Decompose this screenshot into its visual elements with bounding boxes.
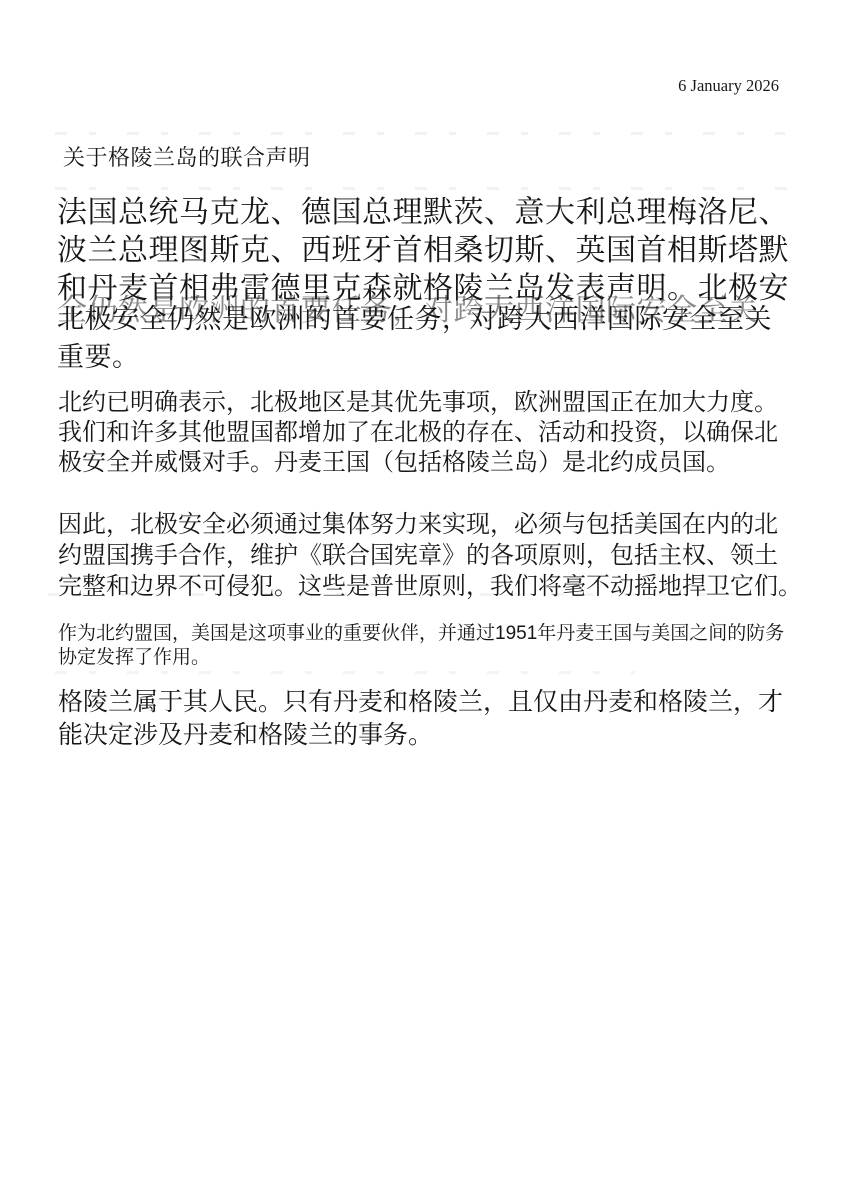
paragraph-leaders-statement: 法国总统马克龙、德国总理默茨、意大利总理梅洛尼、 波兰总理图斯克、西班牙首相桑切… — [57, 194, 827, 308]
document-date: 6 January 2026 — [678, 76, 779, 96]
paragraph-nato-commitment: 北约已明确表示，北极地区是其优先事项，欧洲盟国正在加大力度。 我们和许多其他盟国… — [58, 388, 803, 478]
ghost-smudge-artifact — [48, 593, 748, 596]
ghost-smudge-artifact — [55, 132, 785, 135]
paragraph-collective-security: 因此，北极安全必须通过集体努力来实现，必须与包括美国在内的北 约盟国携手合作，维… — [58, 509, 803, 602]
paragraph-greenland-people: 格陵兰属于其人民。只有丹麦和格陵兰，且仅由丹麦和格陵兰，才 能决定涉及丹麦和格陵… — [58, 686, 808, 752]
ghost-smudge-artifact — [55, 187, 795, 190]
ghost-smudge-artifact — [55, 671, 635, 674]
document-title: 关于格陵兰岛的联合声明 — [63, 145, 311, 171]
paragraph-arctic-priority: 北极安全仍然是欧洲的首要任务，对跨大西洋国际安全至关 重要。 — [57, 300, 797, 376]
document-page: 6 January 2026 关于格陵兰岛的联合声明 法国总统马克龙、德国总理默… — [0, 0, 850, 1200]
paragraph-us-partner: 作为北约盟国，美国是这项事业的重要伙伴，并通过1951年丹麦王国与美国之间的防务… — [58, 622, 808, 670]
